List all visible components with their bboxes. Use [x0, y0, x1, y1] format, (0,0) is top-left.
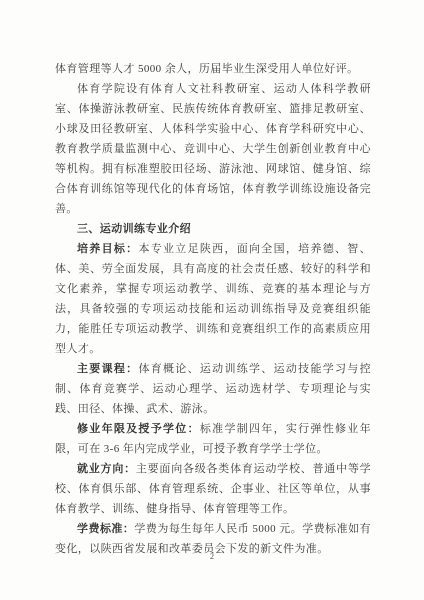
- document-page: 体育管理等人才 5000 余人，历届毕业生深受用人单位好评。体育学院设有体育人文…: [0, 0, 424, 600]
- paragraph: 主要课程：体育概论、运动训练学、运动技能学习与控制、体育竞赛学、运动心理学、运动…: [55, 359, 371, 419]
- paragraph-label: 培养目标：: [77, 243, 138, 255]
- paragraph: 修业年限及授予学位：标准学制四年，实行弹性修业年限，可在 3-6 年内完成学业，…: [55, 419, 371, 459]
- paragraph-label: 主要课程：: [77, 363, 138, 375]
- paragraph-label: 就业方向：: [77, 463, 136, 475]
- paragraph-text: 本专业立足陕西，面向全国，培养德、智、体、美、劳全面发展，具有高度的社会责任感、…: [55, 243, 371, 355]
- page-content: 体育管理等人才 5000 余人，历届毕业生深受用人单位好评。体育学院设有体育人文…: [55, 59, 371, 559]
- page-number: 2: [0, 551, 424, 563]
- section-heading-text: 三、运动训练专业介绍: [77, 223, 191, 235]
- paragraph-text: 体育学院设有体育人文社科教研室、运动人体科学教研室、体操游泳教研室、民族传统体育…: [55, 83, 371, 215]
- paragraph-label: 修业年限及授予学位：: [77, 423, 200, 435]
- section-heading: 三、运动训练专业介绍: [55, 219, 371, 239]
- paragraph: 体育管理等人才 5000 余人，历届毕业生深受用人单位好评。: [55, 59, 371, 79]
- paragraph: 培养目标：本专业立足陕西，面向全国，培养德、智、体、美、劳全面发展，具有高度的社…: [55, 239, 371, 359]
- paragraph: 就业方向：主要面向各级各类体育运动学校、普通中等学校、体育俱乐部、体育管理系统、…: [55, 459, 371, 519]
- paragraph-text: 体育管理等人才 5000 余人，历届毕业生深受用人单位好评。: [55, 63, 359, 75]
- paragraph-label: 学费标准：: [77, 523, 134, 535]
- paragraph: 体育学院设有体育人文社科教研室、运动人体科学教研室、体操游泳教研室、民族传统体育…: [55, 79, 371, 219]
